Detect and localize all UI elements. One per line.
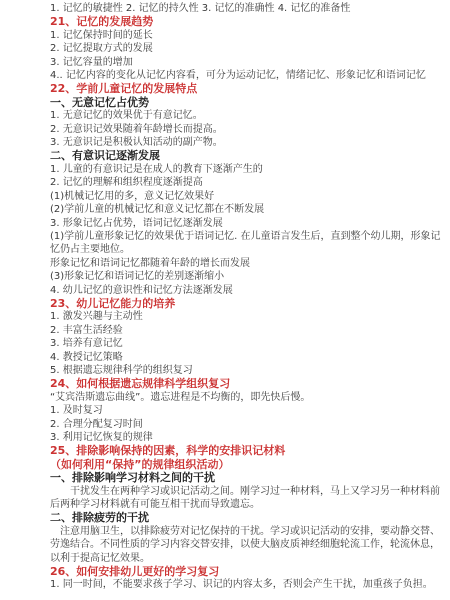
list-item: 5. 根据遗忘规律科学的组织复习 (50, 364, 448, 377)
list-item: 1. 记忆保持时间的延长 (50, 29, 448, 42)
list-item: 1. 无意记忆的效果优于有意记忆。 (50, 109, 448, 122)
list-item: (1)机械记忆用的多，意义记忆效果好 (50, 190, 448, 203)
list-item: 2. 合理分配复习时间 (50, 418, 448, 431)
list-item: (3)形象记忆和语词记忆的差别逐渐缩小 (50, 270, 448, 283)
paragraph: “艾宾浩斯遗忘曲线”。遗忘进程是不均衡的，即先快后慢。 (50, 391, 448, 404)
list-item: (2)学前儿童的机械记忆和意义记忆都在不断发展 (50, 203, 448, 216)
list-item: 形象记忆和语词记忆都随着年龄的增长而发展 (50, 257, 448, 270)
list-item: 2. 记忆的理解和组织程度逐渐提高 (50, 176, 448, 189)
list-item: 1. 儿童的有意识记是在成人的教育下逐渐产生的 (50, 163, 448, 176)
subsection-heading: 一、排除影响学习材料之间的干扰 (50, 471, 448, 484)
list-item: 2. 丰富生活经验 (50, 324, 448, 337)
section-heading-25: 25、排除影响保持的因素，科学的安排识记材料 (50, 444, 448, 457)
list-item: 3. 培养有意记忆 (50, 337, 448, 350)
section-heading-23: 23、幼儿记忆能力的培养 (50, 297, 448, 310)
list-item: 4. 教授记忆策略 (50, 351, 448, 364)
list-item: 2. 记忆提取方式的发展 (50, 42, 448, 55)
section-heading-25-subtitle: （如何利用“保持”的规律组织活动） (50, 458, 448, 471)
list-item: 3. 形象记忆占优势，语词记忆逐渐发展 (50, 217, 448, 230)
list-item: 3. 记忆容量的增加 (50, 56, 448, 69)
subsection-heading: 一、无意记忆占优势 (50, 96, 448, 109)
paragraph: 干扰发生在两种学习或识记活动之间。刚学习过一种材料，马上又学习另一种材料前后两种… (50, 485, 448, 512)
paragraph: 注意用脑卫生，以排除疲劳对记忆保持的干扰。学习或识记活动的安排，要动静交替、劳逸… (50, 525, 448, 565)
list-item: 3. 无意识记是积极认知活动的副产物。 (50, 136, 448, 149)
section-heading-24: 24、如何根据遗忘规律科学组织复习 (50, 377, 448, 390)
list-item: 4.. 记忆内容的变化从记忆内容看，可分为运动记忆，情绪记忆、形象记忆和语词记忆 (50, 69, 448, 82)
note-line: 1. 记忆的敏捷性 2. 记忆的持久性 3. 记忆的准确性 4. 记忆的准备性 (50, 2, 448, 15)
document-page: 1. 记忆的敏捷性 2. 记忆的持久性 3. 记忆的准确性 4. 记忆的准备性 … (0, 0, 450, 600)
list-item: 1. 及时复习 (50, 404, 448, 417)
paragraph: (1)学前儿童形象记忆的效果优于语词记忆. 在儿童语言发生后，直到整个幼儿期，形… (50, 230, 448, 257)
list-item: 2. 无意识记效果随着年龄增长而提高。 (50, 123, 448, 136)
section-heading-26: 26、如何安排幼儿更好的学习复习 (50, 565, 448, 578)
subsection-heading: 二、有意识记逐渐发展 (50, 149, 448, 162)
list-item: 1. 激发兴趣与主动性 (50, 310, 448, 323)
section-heading-21: 21、记忆的发展趋势 (50, 15, 448, 28)
list-item: 4. 幼儿记忆的意识性和记忆方法逐渐发展 (50, 284, 448, 297)
section-heading-22: 22、学前儿童记忆的发展特点 (50, 82, 448, 95)
list-item: 1. 同一时间，不能要求孩子学习、识记的内容太多，否则会产生干扰，加重孩子负担。 (50, 578, 448, 591)
list-item: 3. 利用记忆恢复的规律 (50, 431, 448, 444)
subsection-heading: 二、排除疲劳的干扰 (50, 511, 448, 524)
